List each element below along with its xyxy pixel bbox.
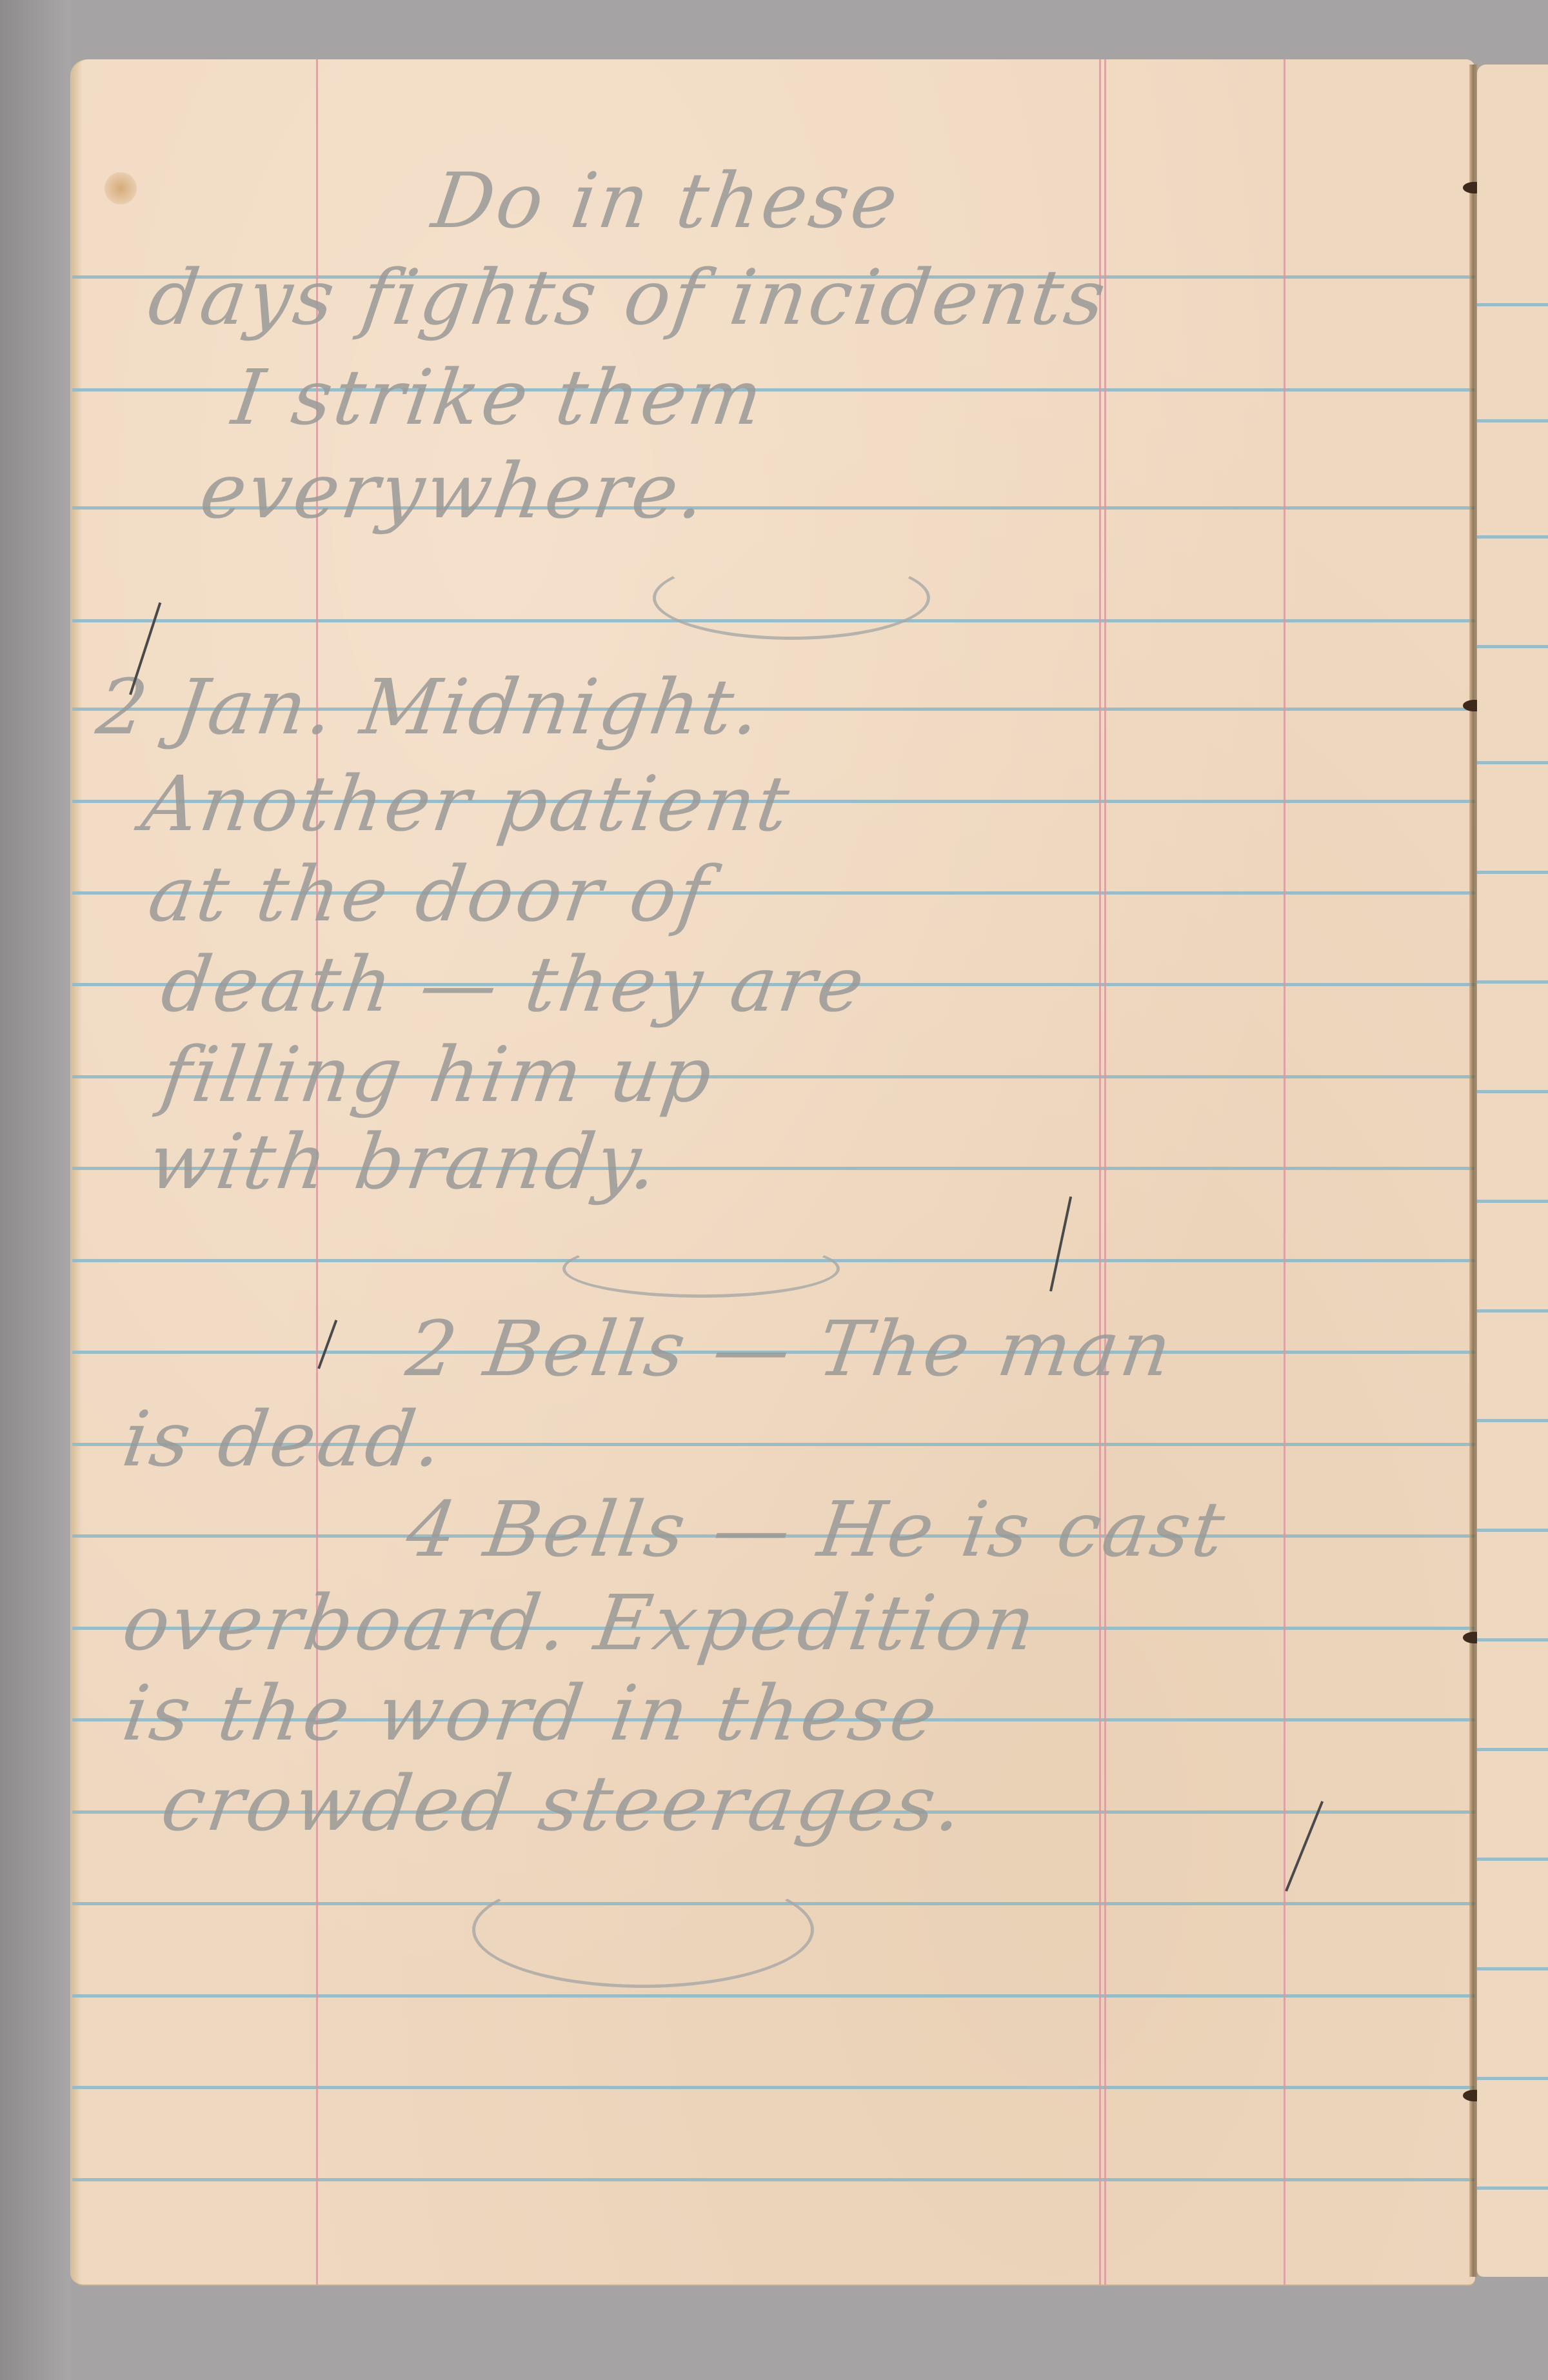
handwritten-line: is the word in these [117,1669,944,1758]
handwritten-line: 4 Bells — He is cast [401,1485,1232,1574]
background-shadow [0,0,71,2380]
flourish-mark [472,1872,814,1988]
handwritten-line: 2 Bells — The man [401,1304,1179,1393]
handwritten-line: at the door of [143,849,716,938]
handwritten-line: crowded steerages. [156,1759,970,1848]
ruled-line [1477,1309,1548,1313]
ruled-line [1477,1748,1548,1751]
handwritten-line: days fights of incidents [143,253,1113,342]
handwritten-line: Another patient [137,759,797,848]
handwritten-line: I strike them [227,353,770,442]
handwritten-line: death — they are [156,940,872,1029]
ruled-line [1477,1638,1548,1641]
handwritten-line: overboard. Expedition [117,1578,1043,1667]
ruled-line [1477,419,1548,422]
ruled-line [1477,980,1548,984]
notebook-page-right [1477,64,1548,2277]
handwritten-line: is dead. [117,1394,450,1483]
ruled-line [1477,535,1548,539]
ruled-line [1477,1967,1548,1970]
ruled-line [1477,1200,1548,1203]
ruled-line [1477,2077,1548,2080]
ruled-line [1477,1090,1548,1093]
handwritten-line: with brandy. [143,1117,665,1206]
notebook-page-left: Do in these days fights of incidents I s… [72,59,1475,2285]
ruled-line [1477,1858,1548,1861]
handwritten-line: 2 Jan. Midnight. [92,662,768,751]
handwritten-line: Do in these [427,156,905,245]
handwritten-line: filling him up [156,1030,720,1119]
ruled-line [1477,645,1548,648]
ruled-line [1477,1419,1548,1422]
ruled-line [1477,303,1548,306]
ruled-line [1477,1529,1548,1532]
flourish-mark [562,1240,840,1298]
flourish-mark [653,556,930,640]
ruled-line [1477,761,1548,764]
ruled-line [1477,871,1548,874]
handwritten-line: everywhere. [195,446,713,535]
ruled-line [1477,2187,1548,2190]
